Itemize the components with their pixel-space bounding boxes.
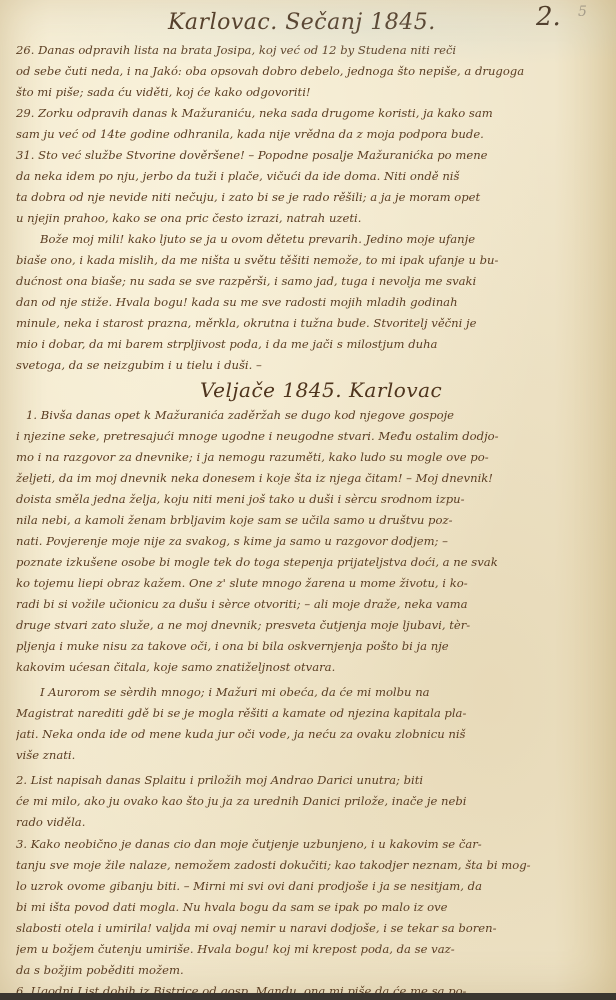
manuscript-line: 29. Zorku odpravih danas k Mažuraniću, n… <box>16 103 612 123</box>
manuscript-line: od sebe čuti neda, i na Jakó: oba opsova… <box>16 61 612 81</box>
manuscript-line: 1. Bivša danas opet k Mažuranića zaděrža… <box>26 405 612 425</box>
manuscript-line: nila nebi, a kamoli ženam brbljavim koje… <box>16 510 612 530</box>
entry-heading-january: Karlovac. Sečanj 1845. <box>168 10 436 35</box>
manuscript-line: željeti, da im moj dnevnik neka donesem … <box>16 468 612 488</box>
manuscript-line: mio i dobar, da mi barem strpljivost pod… <box>16 334 612 354</box>
manuscript-line: slabosti otela i umirila! valjda mi ovaj… <box>16 918 612 938</box>
manuscript-line: ta dobra od nje nevide niti nečuju, i za… <box>16 187 612 207</box>
manuscript-line: kakovim ućesan čitala, koje samo znatiže… <box>16 657 612 677</box>
manuscript-line: rado viděla. <box>16 812 612 832</box>
page-number-faint: 5 <box>578 4 587 20</box>
manuscript-line: i njezine seke, pretresajući mnoge ugodn… <box>16 426 612 446</box>
manuscript-line: mo i na razgovor za dnevnike; i ja nemog… <box>16 447 612 467</box>
manuscript-line: doista směla jedna želja, koju niti meni… <box>16 489 612 509</box>
manuscript-line: dan od nje stiže. Hvala bogu! kada su me… <box>16 292 612 312</box>
manuscript-line: će mi milo, ako ju ovako kao što ju ja z… <box>16 791 612 811</box>
manuscript-line: svetoga, da se neizgubim i u tielu i duš… <box>16 355 612 375</box>
manuscript-line: 6. Ugodni List dobih iz Bistrice od gosp… <box>16 981 612 993</box>
manuscript-line: da s božjim poběditi možem. <box>16 960 612 980</box>
manuscript-line: jem u božjem čutenju umiriše. Hvala bogu… <box>16 939 612 959</box>
manuscript-line: ko tojemu liepi obraz kažem. One z' slut… <box>16 573 612 593</box>
manuscript-line: da neka idem po nju, jerbo da tuži i pla… <box>16 166 612 186</box>
manuscript-line: 26. Danas odpravih lista na brata Josipa… <box>16 40 612 60</box>
manuscript-line: poznate izkušene osobe bi mogle tek do t… <box>16 552 612 572</box>
manuscript-line: 2. List napisah danas Splaitu i priložih… <box>16 770 612 790</box>
manuscript-line: minule, neka i starost prazna, měrkla, o… <box>16 313 612 333</box>
page-number: 2. <box>536 2 561 32</box>
manuscript-line: I Aurorom se sèrdih mnogo; i Mažuri mi o… <box>40 682 612 702</box>
manuscript-line: što mi piše; sada ću viděti, koj će kako… <box>16 82 612 102</box>
manuscript-line: 31. Sto već službe Stvorine dověršene! –… <box>16 145 612 165</box>
manuscript-line: radi bi si vožile učionicu za dušu i sèr… <box>16 594 612 614</box>
manuscript-line: jati. Neka onda ide od mene kuda jur oči… <box>16 724 612 744</box>
manuscript-line: biaše ono, i kada mislih, da me ništa u … <box>16 250 612 270</box>
manuscript-line: bi mi išta povod dati mogla. Nu hvala bo… <box>16 897 612 917</box>
manuscript-line: Bože moj mili! kako ljuto se ja u ovom d… <box>40 229 612 249</box>
manuscript-line: više znati. <box>16 745 612 765</box>
manuscript-line: druge stvari zato služe, a ne moj dnevni… <box>16 615 612 635</box>
manuscript-line: pljenja i muke nisu za takove oči, i ona… <box>16 636 612 656</box>
manuscript-line: sam ju već od 14te godine odhranila, kad… <box>16 124 612 144</box>
manuscript-line: tanju sve moje žile nalaze, nemožem zado… <box>16 855 612 875</box>
manuscript-line: u njejin prahoo, kako se ona pric često … <box>16 208 612 228</box>
page-bottom-edge <box>0 993 616 1000</box>
manuscript-page: 2. 5 Karlovac. Sečanj 1845. 26. Danas od… <box>0 0 616 993</box>
manuscript-line: 3. Kako neobično je danas cio dan moje č… <box>16 834 612 854</box>
entry-heading-february: Veljače 1845. Karlovac <box>200 378 442 402</box>
manuscript-line: Magistrat narediti gdě bi se je mogla rě… <box>16 703 612 723</box>
manuscript-line: dućnost ona biaše; nu sada se sve razpěr… <box>16 271 612 291</box>
manuscript-line: nati. Povjerenje moje nije za svakog, s … <box>16 531 612 551</box>
manuscript-line: lo uzrok ovome gibanju biti. – Mirni mi … <box>16 876 612 896</box>
